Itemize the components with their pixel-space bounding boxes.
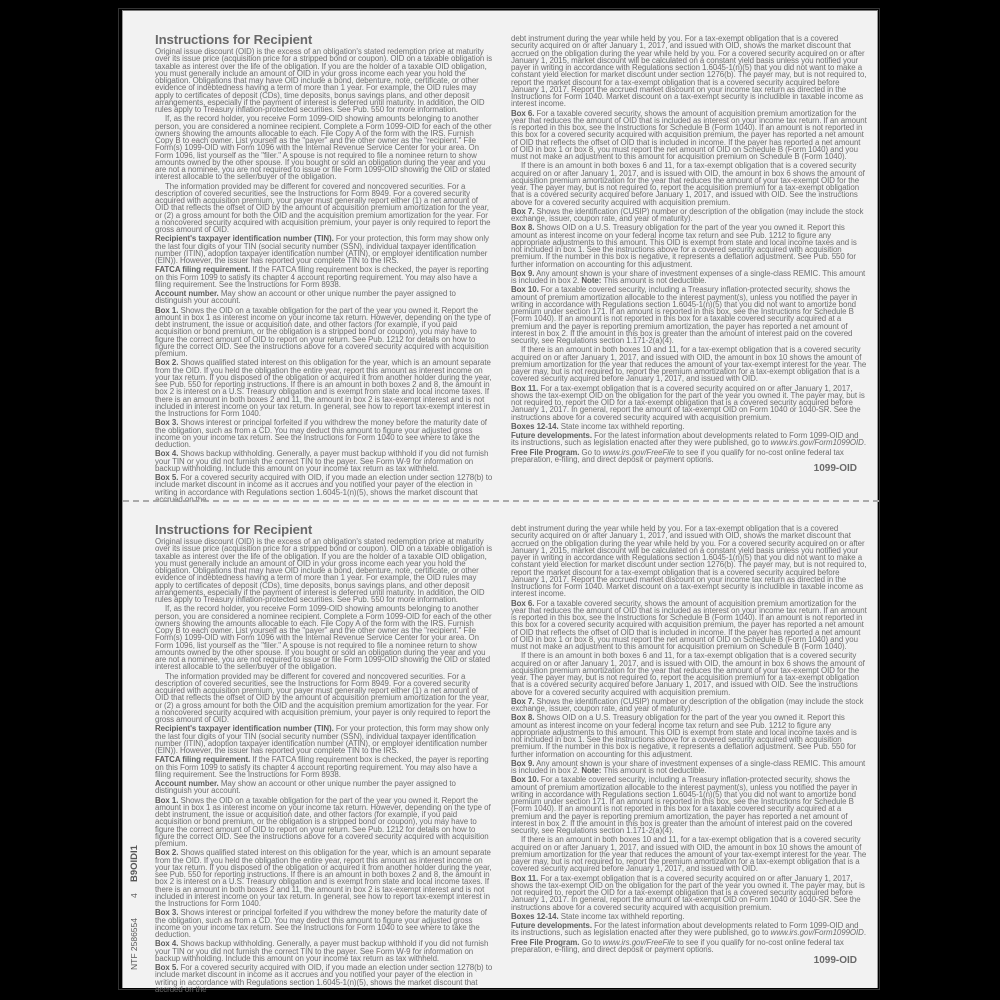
box8-section: Box 8. Shows OID on a U.S. Treasury obli… bbox=[511, 714, 867, 758]
box9-note-label: Note: bbox=[581, 766, 601, 775]
box5-section: Box 5. For a covered security acquired w… bbox=[155, 964, 493, 993]
account-section: Account number. May show an account or o… bbox=[155, 780, 493, 795]
box4-section: Box 4. Shows backup withholding. General… bbox=[155, 940, 493, 962]
left-column: Instructions for Recipient Original issu… bbox=[155, 33, 493, 505]
box10-text: For a taxable covered security, includin… bbox=[511, 285, 857, 345]
page-title: Instructions for Recipient bbox=[155, 523, 493, 537]
box4-text: Shows backup withholding. Generally, a p… bbox=[155, 449, 488, 473]
future-end: . bbox=[864, 438, 866, 447]
box5-section: Box 5. For a covered security acquired w… bbox=[155, 474, 493, 503]
fatca-section: FATCA filing requirement. If the FATCA f… bbox=[155, 266, 493, 288]
box7-text: Shows the identification (CUSIP) number … bbox=[511, 697, 863, 713]
box11-section: Box 11. For a tax-exempt obligation that… bbox=[511, 875, 867, 911]
nominee-paragraph: If, as the record holder, you receive Fo… bbox=[155, 115, 493, 180]
box1-section: Box 1. Shows the OID on a taxable obliga… bbox=[155, 307, 493, 358]
page-title: Instructions for Recipient bbox=[155, 33, 493, 47]
box10-continued: If there is an amount in both boxes 10 a… bbox=[511, 346, 867, 382]
right-column: debt instrument during the year while he… bbox=[511, 525, 867, 955]
box4-section: Box 4. Shows backup withholding. General… bbox=[155, 450, 493, 472]
box3-section: Box 3. Shows interest or principal forfe… bbox=[155, 909, 493, 938]
form-code: B9OIDI1 bbox=[129, 845, 140, 882]
box10-section: Box 10. For a taxable covered security, … bbox=[511, 286, 867, 344]
side-code: NTF 2586554 4 B9OIDI1 bbox=[129, 770, 145, 970]
box10-continued: If there is an amount in both boxes 10 a… bbox=[511, 836, 867, 872]
form-id-label: 1099-OID bbox=[814, 463, 857, 474]
box5-continued: debt instrument during the year while he… bbox=[511, 35, 867, 108]
box9-section: Box 9. Any amount shown is your share of… bbox=[511, 270, 867, 285]
box6-text: For a taxable covered security, shows th… bbox=[511, 109, 867, 162]
covered-paragraph: The information provided may be differen… bbox=[155, 673, 493, 724]
form-page: Instructions for Recipient Original issu… bbox=[122, 10, 878, 988]
box2-section: Box 2. Shows qualified stated interest o… bbox=[155, 849, 493, 907]
box3-text: Shows interest or principal forfeited if… bbox=[155, 908, 487, 939]
box12-14-label: Boxes 12-14. bbox=[511, 422, 559, 431]
box2-text: Shows qualified stated interest on this … bbox=[155, 848, 492, 908]
fatca-section: FATCA filing requirement. If the FATCA f… bbox=[155, 756, 493, 778]
box3-section: Box 3. Shows interest or principal forfe… bbox=[155, 419, 493, 448]
instructions-copy-top: Instructions for Recipient Original issu… bbox=[123, 11, 879, 500]
account-section: Account number. May show an account or o… bbox=[155, 290, 493, 305]
box6-continued: If there is an amount in both boxes 6 an… bbox=[511, 162, 867, 206]
box7-section: Box 7. Shows the identification (CUSIP) … bbox=[511, 208, 867, 223]
free-file-section: Free File Program. Go to www.irs.gov/Fre… bbox=[511, 939, 867, 954]
form-1099oid-link[interactable]: www.irs.gov/Form1099OID bbox=[771, 438, 864, 447]
box11-text: For a tax-exempt obligation that is a co… bbox=[511, 874, 865, 912]
box5-continued: debt instrument during the year while he… bbox=[511, 525, 867, 598]
future-end: . bbox=[864, 928, 866, 937]
box8-section: Box 8. Shows OID on a U.S. Treasury obli… bbox=[511, 224, 867, 268]
form-1099oid-link[interactable]: www.irs.gov/Form1099OID bbox=[771, 928, 864, 937]
box6-text: For a taxable covered security, shows th… bbox=[511, 599, 867, 652]
box9-note-text: This amount is not deductible. bbox=[601, 766, 706, 775]
future-developments-section: Future developments. For the latest info… bbox=[511, 922, 867, 937]
intro-paragraph: Original issue discount (OID) is the exc… bbox=[155, 48, 493, 113]
box12-14-section: Boxes 12-14. State income tax withheld r… bbox=[511, 913, 867, 920]
box6-continued: If there is an amount in both boxes 6 an… bbox=[511, 652, 867, 696]
instructions-copy-bottom: NTF 2586554 4 B9OIDI1 Instructions for R… bbox=[123, 501, 879, 990]
future-developments-section: Future developments. For the latest info… bbox=[511, 432, 867, 447]
box2-section: Box 2. Shows qualified stated interest o… bbox=[155, 359, 493, 417]
box12-14-text: State income tax withheld reporting. bbox=[559, 912, 685, 921]
ntf-code: NTF 2586554 bbox=[129, 918, 139, 970]
box9-note-label: Note: bbox=[581, 276, 601, 285]
box6-section: Box 6. For a taxable covered security, s… bbox=[511, 110, 867, 161]
box5-text: For a covered security acquired with OID… bbox=[155, 963, 492, 994]
intro-paragraph: Original issue discount (OID) is the exc… bbox=[155, 538, 493, 603]
right-column: debt instrument during the year while he… bbox=[511, 35, 867, 465]
box12-14-label: Boxes 12-14. bbox=[511, 912, 559, 921]
box3-text: Shows interest or principal forfeited if… bbox=[155, 418, 487, 449]
box11-text: For a tax-exempt obligation that is a co… bbox=[511, 384, 865, 422]
nominee-paragraph: If, as the record holder, you receive Fo… bbox=[155, 605, 493, 670]
box1-text: Shows the OID on a taxable obligation fo… bbox=[155, 306, 491, 359]
free-file-section: Free File Program. Go to www.irs.gov/Fre… bbox=[511, 449, 867, 464]
side-number: 4 bbox=[129, 893, 139, 898]
box12-14-section: Boxes 12-14. State income tax withheld r… bbox=[511, 423, 867, 430]
box8-text: Shows OID on a U.S. Treasury obligation … bbox=[511, 223, 857, 268]
box7-section: Box 7. Shows the identification (CUSIP) … bbox=[511, 698, 867, 713]
box7-text: Shows the identification (CUSIP) number … bbox=[511, 207, 863, 223]
tin-section: Recipient's taxpayer identification numb… bbox=[155, 725, 493, 754]
box9-section: Box 9. Any amount shown is your share of… bbox=[511, 760, 867, 775]
form-id-label: 1099-OID bbox=[814, 955, 857, 966]
box9-note-text: This amount is not deductible. bbox=[601, 276, 706, 285]
covered-paragraph: The information provided may be differen… bbox=[155, 183, 493, 234]
box2-text: Shows qualified stated interest on this … bbox=[155, 358, 492, 418]
left-column: Instructions for Recipient Original issu… bbox=[155, 523, 493, 995]
box8-text: Shows OID on a U.S. Treasury obligation … bbox=[511, 713, 857, 758]
box6-section: Box 6. For a taxable covered security, s… bbox=[511, 600, 867, 651]
box1-section: Box 1. Shows the OID on a taxable obliga… bbox=[155, 797, 493, 848]
box12-14-text: State income tax withheld reporting. bbox=[559, 422, 685, 431]
box11-section: Box 11. For a tax-exempt obligation that… bbox=[511, 385, 867, 421]
box10-section: Box 10. For a taxable covered security, … bbox=[511, 776, 867, 834]
box4-text: Shows backup withholding. Generally, a p… bbox=[155, 939, 488, 963]
box10-text: For a taxable covered security, includin… bbox=[511, 775, 857, 835]
tin-section: Recipient's taxpayer identification numb… bbox=[155, 235, 493, 264]
box1-text: Shows the OID on a taxable obligation fo… bbox=[155, 796, 491, 849]
